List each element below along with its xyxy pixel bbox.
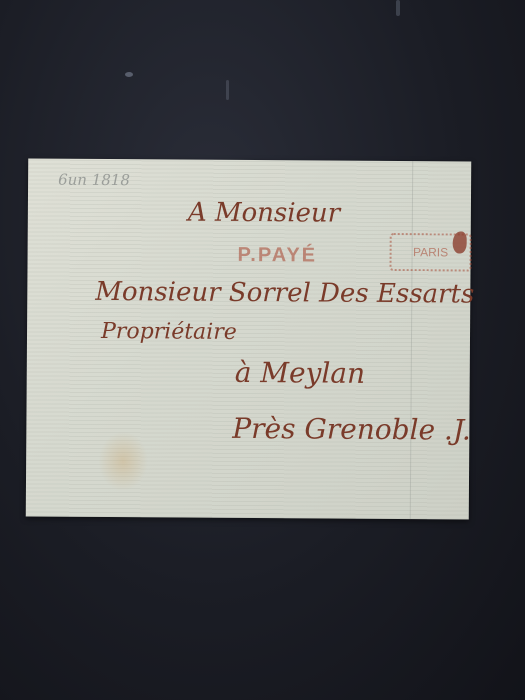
- address-line-town: à Meylan: [235, 356, 366, 390]
- address-line-recipient: Monsieur Sorrel Des Essarts: [95, 277, 474, 310]
- paper-fold: [410, 161, 413, 519]
- water-stain: [98, 431, 148, 491]
- address-line-region: Près Grenoble .J.: [232, 412, 471, 447]
- dust-speck: [125, 72, 133, 77]
- address-line-title: Propriétaire: [101, 319, 237, 345]
- address-line-salutation: A Monsieur: [188, 198, 340, 229]
- pencil-note: 6un 1818: [58, 171, 130, 190]
- letter: 6un 1818 P.PAYÉ PARIS A Monsieur Monsieu…: [26, 158, 471, 519]
- dust-speck: [226, 80, 229, 100]
- postal-stamp: P.PAYÉ: [238, 244, 318, 268]
- ink-blot: [453, 231, 467, 253]
- dust-speck: [396, 0, 400, 16]
